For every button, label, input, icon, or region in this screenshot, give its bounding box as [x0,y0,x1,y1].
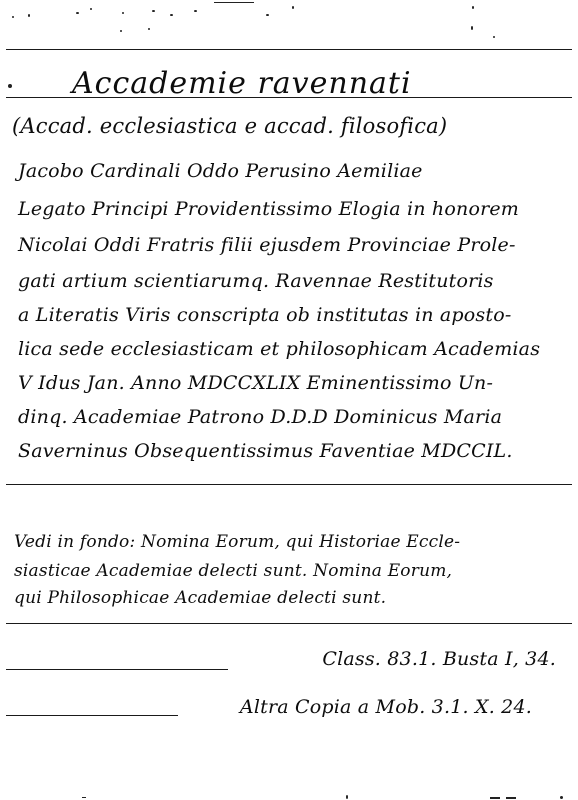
body-line: Saverninus Obsequentissimus Faventiae MD… [18,440,513,462]
card-title: Accademie ravennati [72,66,412,101]
scan-speck [28,14,30,17]
body-line: dinq. Academiae Patrono D.D.D Dominicus … [18,406,502,428]
bullet-dot [8,84,12,88]
body-line: gati artium scientiarumq. Ravennae Resti… [18,270,494,292]
scan-speck [214,2,254,3]
ruled-line [6,49,572,50]
scan-speck [493,36,495,38]
note-line: qui Philosophicae Academiae delecti sunt… [14,588,386,608]
scan-speck [152,10,155,12]
catalog-card: Accademie ravennati (Accad. ecclesiastic… [0,0,578,800]
body-line: Jacobo Cardinali Oddo Perusino Aemiliae [18,160,423,182]
scan-speck [194,10,197,12]
scan-speck [148,28,150,30]
scan-speck [560,796,563,799]
body-line: Legato Principi Providentissimo Elogia i… [18,198,519,220]
body-line: a Literatis Viris conscripta ob institut… [18,304,511,326]
scan-speck [90,8,92,10]
scan-speck [292,6,294,9]
note-line: Vedi in fondo: Nomina Eorum, qui Histori… [14,532,460,552]
scan-speck [76,12,79,14]
scan-speck [170,14,173,16]
ruled-line [6,669,228,670]
scan-speck [506,797,516,799]
shelfmark-copy: Altra Copia a Mob. 3.1. X. 24. [240,696,532,718]
scan-speck [490,797,500,799]
scan-speck [82,797,86,798]
body-line: V Idus Jan. Anno MDCCXLIX Eminentissimo … [18,372,493,394]
scan-speck [266,14,269,16]
ruled-line [6,715,178,716]
scan-speck [346,795,348,799]
scan-speck [12,16,14,18]
shelfmark-class: Class. 83.1. Busta I, 34. [322,648,556,670]
scan-speck [120,30,122,32]
scan-speck [472,6,474,9]
body-line: Nicolai Oddi Fratris filii ejusdem Provi… [18,234,516,256]
ruled-line [6,484,572,485]
scan-speck [471,26,473,30]
scan-speck [122,12,124,14]
note-line: siasticae Academiae delecti sunt. Nomina… [14,561,452,581]
ruled-line [6,623,572,624]
body-line: lica sede ecclesiasticam et philosophica… [18,338,540,360]
card-subtitle: (Accad. ecclesiastica e accad. filosofic… [12,114,447,138]
